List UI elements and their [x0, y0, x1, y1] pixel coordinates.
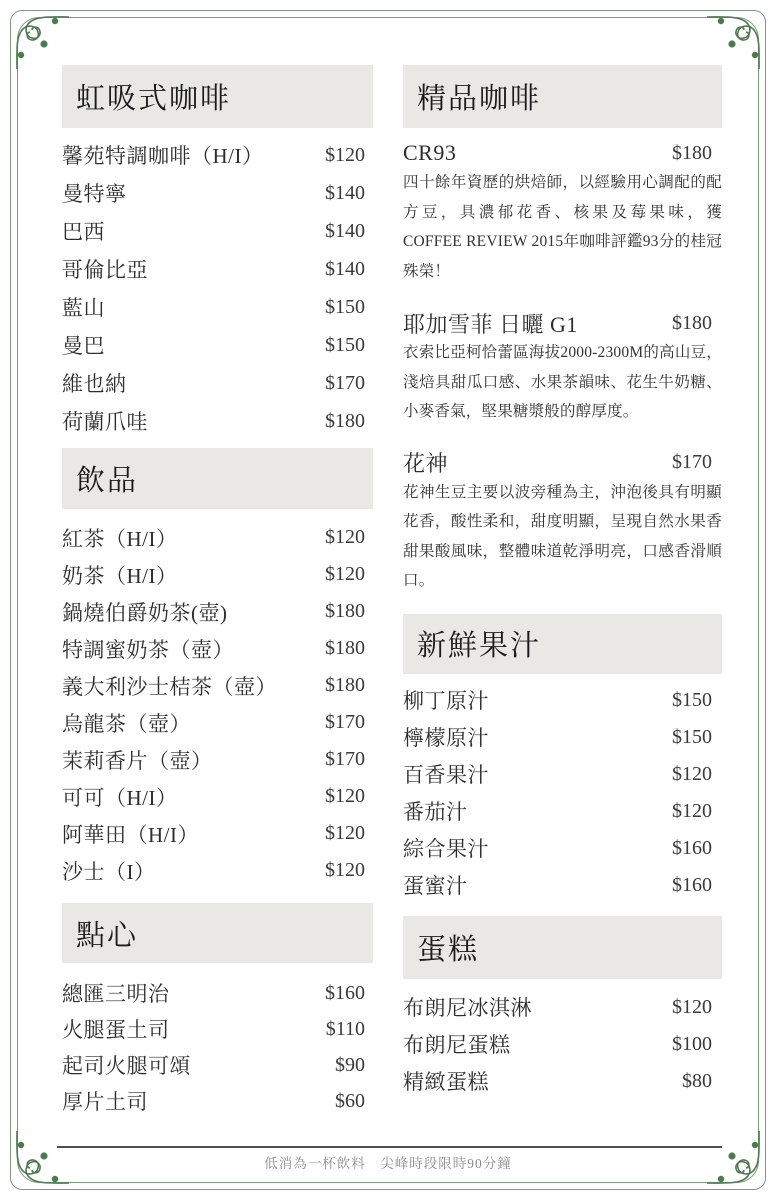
cake-list: 布朗尼冰淇淋$120 布朗尼蛋糕$100 精緻蛋糕$80 [403, 989, 722, 1100]
item-name: 布朗尼冰淇淋 [403, 992, 532, 1022]
item-name: 巴西 [62, 216, 105, 246]
item-name: 鍋燒伯爵奶茶(壺) [62, 597, 228, 627]
item-name: 火腿蛋土司 [62, 1014, 170, 1044]
item-price: $170 [325, 748, 365, 771]
menu-item: 精緻蛋糕$80 [403, 1063, 722, 1100]
section-title: 點心 [76, 913, 138, 954]
corner-flourish-icon [703, 11, 765, 73]
item-price: $150 [672, 726, 712, 749]
menu-item: 紅茶（H/I）$120 [62, 519, 373, 556]
item-name: 特調蜜奶茶（壺） [62, 634, 234, 664]
item-name: 檸檬原汁 [403, 722, 489, 752]
menu-item: 蛋蜜汁$160 [403, 867, 722, 904]
specialty-entry: 花神 $170 花神生豆主要以波旁種為主，沖泡後具有明顯花香，酸性柔和，甜度明顯… [403, 448, 722, 596]
menu-item: 布朗尼冰淇淋$120 [403, 989, 722, 1026]
item-price: $120 [325, 144, 365, 167]
item-price: $150 [325, 296, 365, 319]
item-price: $100 [672, 1033, 712, 1056]
entry-name: CR93 [403, 140, 456, 166]
drinks-list: 紅茶（H/I）$120 奶茶（H/I）$120 鍋燒伯爵奶茶(壺)$180 特調… [62, 519, 373, 889]
corner-flourish-icon [11, 11, 73, 73]
item-name: 奶茶（H/I） [62, 560, 178, 590]
menu-item: 布朗尼蛋糕$100 [403, 1026, 722, 1063]
menu-item: 可可（H/I）$120 [62, 778, 373, 815]
entry-name: 耶加雪菲 日曬 G1 [403, 308, 578, 339]
entry-price: $180 [672, 142, 712, 165]
menu-item: 番茄汁$120 [403, 793, 722, 830]
footer-divider [57, 1146, 722, 1148]
menu-item: 鍋燒伯爵奶茶(壺)$180 [62, 593, 373, 630]
item-price: $110 [326, 1018, 365, 1041]
item-name: 起司火腿可頌 [62, 1050, 191, 1080]
section-title: 虹吸式咖啡 [76, 76, 231, 117]
item-price: $180 [325, 600, 365, 623]
item-price: $140 [325, 182, 365, 205]
entry-description: 花神生豆主要以波旁種為主，沖泡後具有明顯花香，酸性柔和，甜度明顯，呈現自然水果香… [403, 478, 722, 596]
item-price: $120 [325, 785, 365, 808]
item-price: $80 [682, 1070, 712, 1093]
menu-item: 阿華田（H/I）$120 [62, 815, 373, 852]
item-name: 番茄汁 [403, 796, 468, 826]
menu-item: 百香果汁$120 [403, 756, 722, 793]
section-header-specialty-coffee: 精品咖啡 [403, 65, 722, 128]
menu-item: 藍山$150 [62, 288, 373, 326]
menu-content: 虹吸式咖啡 馨苑特調咖啡（H/I）$120 曼特寧$140 巴西$140 哥倫比… [62, 65, 722, 1119]
siphon-coffee-list: 馨苑特調咖啡（H/I）$120 曼特寧$140 巴西$140 哥倫比亞$140 … [62, 136, 373, 440]
item-price: $180 [325, 410, 365, 433]
item-name: 哥倫比亞 [62, 254, 148, 284]
menu-item: 總匯三明治$160 [62, 975, 373, 1011]
section-title: 蛋糕 [417, 927, 479, 968]
item-price: $140 [325, 258, 365, 281]
item-price: $180 [325, 674, 365, 697]
item-price: $120 [672, 763, 712, 786]
item-price: $170 [325, 711, 365, 734]
item-name: 精緻蛋糕 [403, 1066, 489, 1096]
item-price: $120 [672, 996, 712, 1019]
item-price: $150 [672, 689, 712, 712]
entry-description: 衣索比亞柯恰蕾區海拔2000-2300M的高山豆，淺焙具甜瓜口感、水果茶韻味、花… [403, 338, 722, 427]
item-name: 百香果汁 [403, 759, 489, 789]
item-price: $160 [325, 982, 365, 1005]
menu-item: 烏龍茶（壺）$170 [62, 704, 373, 741]
footer-note: 低消為一杯飲料 尖峰時段限時90分鐘 [0, 1152, 776, 1172]
menu-item: 巴西$140 [62, 212, 373, 250]
menu-item: 火腿蛋土司$110 [62, 1011, 373, 1047]
section-title: 飲品 [76, 458, 138, 499]
specialty-entry: CR93 $180 四十餘年資歷的烘焙師，以經驗用心調配的配方豆，具濃郁花香、核… [403, 138, 722, 286]
menu-item: 起司火腿可頌$90 [62, 1047, 373, 1083]
item-name: 總匯三明治 [62, 978, 170, 1008]
item-name: 紅茶（H/I） [62, 523, 178, 553]
item-price: $140 [325, 220, 365, 243]
item-price: $180 [325, 637, 365, 660]
section-header-drinks: 飲品 [62, 448, 373, 509]
item-name: 可可（H/I） [62, 782, 178, 812]
entry-head: CR93 $180 [403, 138, 722, 168]
item-name: 荷蘭爪哇 [62, 406, 148, 436]
item-price: $170 [325, 372, 365, 395]
item-price: $120 [672, 800, 712, 823]
menu-item: 茉莉香片（壺）$170 [62, 741, 373, 778]
item-name: 綜合果汁 [403, 833, 489, 863]
section-title: 新鮮果汁 [417, 623, 541, 664]
entry-price: $170 [672, 451, 712, 474]
entry-head: 花神 $170 [403, 448, 722, 478]
menu-item: 荷蘭爪哇$180 [62, 402, 373, 440]
item-name: 厚片土司 [62, 1086, 148, 1116]
menu-page: 虹吸式咖啡 馨苑特調咖啡（H/I）$120 曼特寧$140 巴西$140 哥倫比… [0, 0, 776, 1200]
menu-item: 義大利沙士桔茶（壺）$180 [62, 667, 373, 704]
item-name: 藍山 [62, 292, 105, 322]
item-name: 維也納 [62, 368, 127, 398]
item-name: 沙士（I） [62, 856, 156, 886]
menu-item: 綜合果汁$160 [403, 830, 722, 867]
item-name: 柳丁原汁 [403, 685, 489, 715]
menu-item: 馨苑特調咖啡（H/I）$120 [62, 136, 373, 174]
menu-item: 厚片土司$60 [62, 1083, 373, 1119]
specialty-entry: 耶加雪菲 日曬 G1 $180 衣索比亞柯恰蕾區海拔2000-2300M的高山豆… [403, 308, 722, 427]
item-name: 茉莉香片（壺） [62, 745, 213, 775]
section-header-fresh-juice: 新鮮果汁 [403, 614, 722, 674]
section-title: 精品咖啡 [417, 76, 541, 117]
menu-item: 曼巴$150 [62, 326, 373, 364]
entry-name: 花神 [403, 447, 448, 478]
item-price: $150 [325, 334, 365, 357]
snacks-list: 總匯三明治$160 火腿蛋土司$110 起司火腿可頌$90 厚片土司$60 [62, 975, 373, 1119]
entry-description: 四十餘年資歷的烘焙師，以經驗用心調配的配方豆，具濃郁花香、核果及莓果味，獲COF… [403, 168, 722, 286]
section-header-snacks: 點心 [62, 903, 373, 963]
right-column: 精品咖啡 CR93 $180 四十餘年資歷的烘焙師，以經驗用心調配的配方豆，具濃… [403, 65, 722, 1119]
item-price: $90 [335, 1054, 365, 1077]
item-name: 馨苑特調咖啡（H/I） [62, 140, 264, 170]
item-name: 曼特寧 [62, 178, 127, 208]
menu-item: 柳丁原汁$150 [403, 682, 722, 719]
menu-item: 哥倫比亞$140 [62, 250, 373, 288]
item-price: $60 [335, 1090, 365, 1113]
item-name: 義大利沙士桔茶（壺） [62, 671, 277, 701]
item-name: 布朗尼蛋糕 [403, 1029, 511, 1059]
item-price: $120 [325, 526, 365, 549]
fresh-juice-list: 柳丁原汁$150 檸檬原汁$150 百香果汁$120 番茄汁$120 綜合果汁$… [403, 682, 722, 904]
menu-item: 沙士（I）$120 [62, 852, 373, 889]
section-header-siphon-coffee: 虹吸式咖啡 [62, 65, 373, 128]
menu-item: 特調蜜奶茶（壺）$180 [62, 630, 373, 667]
entry-price: $180 [672, 312, 712, 335]
left-column: 虹吸式咖啡 馨苑特調咖啡（H/I）$120 曼特寧$140 巴西$140 哥倫比… [62, 65, 373, 1119]
menu-item: 檸檬原汁$150 [403, 719, 722, 756]
menu-item: 維也納$170 [62, 364, 373, 402]
menu-item: 曼特寧$140 [62, 174, 373, 212]
item-price: $160 [672, 874, 712, 897]
item-name: 阿華田（H/I） [62, 819, 199, 849]
item-price: $160 [672, 837, 712, 860]
section-header-cake: 蛋糕 [403, 916, 722, 979]
entry-head: 耶加雪菲 日曬 G1 $180 [403, 308, 722, 338]
item-name: 曼巴 [62, 330, 105, 360]
item-name: 蛋蜜汁 [403, 870, 468, 900]
menu-item: 奶茶（H/I）$120 [62, 556, 373, 593]
item-price: $120 [325, 563, 365, 586]
item-price: $120 [325, 822, 365, 845]
item-price: $120 [325, 859, 365, 882]
item-name: 烏龍茶（壺） [62, 708, 191, 738]
